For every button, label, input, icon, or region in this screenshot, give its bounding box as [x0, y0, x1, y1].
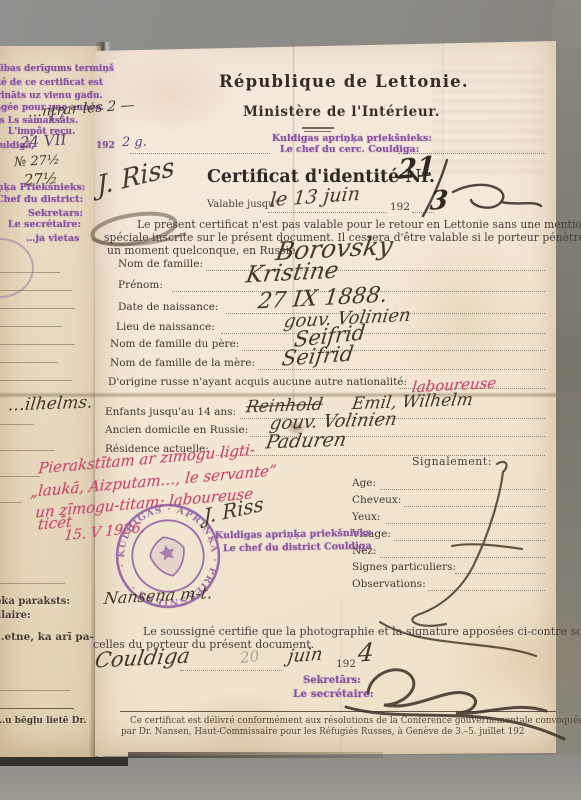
- field-label-lieu-naissance: Lieu de naissance:: [116, 321, 215, 333]
- left-partial-text1: …nieka paraksts:: [0, 596, 70, 607]
- scanned-identity-certificate: Šīs apliecības derīgums termiņš La valid…: [0, 0, 581, 800]
- footer-line2: par Dr. Nansen, Haut-Commissaire pour le…: [121, 727, 524, 737]
- left-validity-stamp-line1: Šīs apliecības derīgums termiņš: [0, 64, 114, 74]
- ruled-line: [0, 450, 55, 451]
- field-label-ancien-domicile: Ancien domicile en Russie:: [105, 424, 248, 436]
- left-children-continuation: …ilhelms.: [7, 392, 94, 415]
- left-partial-text2: …ulaire:: [0, 610, 31, 621]
- left-officials-line1: Apriņķa Priekšnieks:: [0, 182, 85, 193]
- field-label-date-naissance: Date de naissance:: [118, 301, 219, 313]
- left-date-handwritten: 24 VII: [19, 130, 67, 151]
- valid-until-label: Valable jusqu': [207, 199, 277, 210]
- left-officials-line3: Sekretars:: [28, 208, 83, 219]
- ministry-title: Ministère de l'Intérieur.: [243, 104, 440, 120]
- left-number-handwritten: № 27½: [14, 153, 60, 170]
- ruled-line: [0, 272, 60, 273]
- dotted-rule: [221, 332, 545, 334]
- left-officials-line4: Le secrétaire:: [8, 219, 81, 230]
- field-label-origine: D'origine russe n'ayant acquis aucune au…: [108, 376, 407, 388]
- notice-line3: un moment quelconque, en Russie.: [107, 244, 299, 257]
- issue-month-handwritten: juin: [287, 644, 324, 668]
- country-title: République de Lettonie.: [219, 72, 469, 91]
- certify-line1: Le soussigné certifie que la photographi…: [143, 625, 581, 638]
- ministry-underline: [302, 127, 334, 129]
- ruled-line: [0, 502, 22, 503]
- left-validity-stamp-line2: La validité de ce certificat est: [0, 78, 103, 88]
- left-year-handwritten: 2 g.: [122, 135, 147, 150]
- ruled-line: [0, 308, 75, 309]
- ruled-line: [0, 344, 75, 345]
- field-label-nom: Nom de famille:: [118, 258, 203, 270]
- left-officials-line5: …ja vietas: [26, 233, 79, 244]
- field-value-residence: Paduren: [264, 429, 348, 454]
- footer-line1: Ce certificat est délivré conformément a…: [130, 716, 581, 726]
- left-year-printed: 192: [96, 141, 115, 151]
- ruled-line: [0, 708, 74, 709]
- ministry-underline2: [304, 131, 331, 132]
- ruled-line: [0, 690, 70, 691]
- dotted-rule: [268, 211, 386, 213]
- footer-rule: [120, 711, 556, 712]
- ruled-line: [0, 583, 65, 584]
- dotted-rule: [412, 211, 434, 213]
- field-value-prenom: Kristine: [244, 257, 340, 288]
- field-label-enfants: Enfants jusqu'au 14 ans:: [105, 406, 236, 418]
- ruled-line: [0, 362, 58, 363]
- chief-stamp-lv: Kuldigas apriņķa priekšnieks:: [272, 133, 432, 144]
- left-partial-text3: …etne, ka arī pa-: [0, 631, 94, 643]
- ruled-line: [0, 380, 72, 381]
- dotted-rule: [180, 669, 282, 671]
- ruled-line: [0, 424, 34, 425]
- page-bottom-shadow-main: [128, 752, 383, 758]
- left-partial-text4: …u bēgļu lietē Dr.: [0, 716, 87, 726]
- field-label-prenom: Prénom:: [118, 279, 163, 291]
- ruled-line: [0, 290, 72, 291]
- issue-day-pencil: 20: [239, 647, 260, 667]
- left-officials-line2: Le Chef du district:: [0, 194, 83, 205]
- dotted-rule: [130, 152, 270, 154]
- ruled-line: [0, 476, 40, 477]
- field-label-mere: Nom de famille de la mère:: [110, 357, 255, 369]
- page-bottom-shadow-left: [0, 757, 128, 766]
- valid-until-year: 192: [390, 201, 410, 213]
- notice-line1: Le présent certificat n'est pas valable …: [137, 218, 581, 231]
- ruled-line: [0, 326, 62, 327]
- field-label-pere: Nom de famille du père:: [110, 338, 239, 350]
